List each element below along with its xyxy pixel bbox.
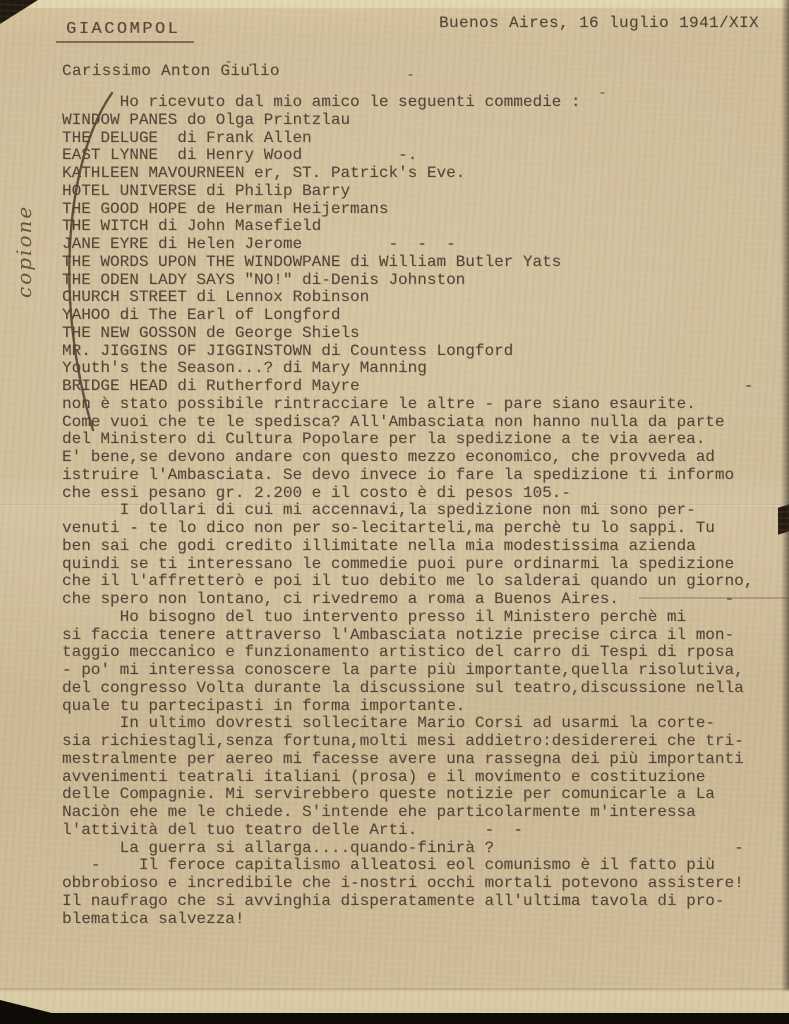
typewriter-smudge: - .	[224, 54, 257, 71]
scan-background-bottom	[0, 1013, 789, 1024]
paper-top-edge	[0, 0, 789, 8]
handwritten-margin-note: copione	[12, 158, 36, 298]
dateline: Buenos Aires, 16 luglio 1941/XIX	[439, 14, 759, 32]
paper-bottom-edge	[0, 988, 789, 1014]
scan-corner-shadow-top-left	[0, 0, 38, 24]
letter-page: GIACOMPOL Buenos Aires, 16 luglio 1941/X…	[0, 0, 789, 1014]
paper-tear-notch	[778, 504, 789, 535]
letter-body: Ho ricevuto dal mio amico le seguenti co…	[62, 94, 753, 928]
sender-mark: GIACOMPOL	[56, 20, 194, 43]
typewriter-smudge: -	[406, 67, 417, 84]
